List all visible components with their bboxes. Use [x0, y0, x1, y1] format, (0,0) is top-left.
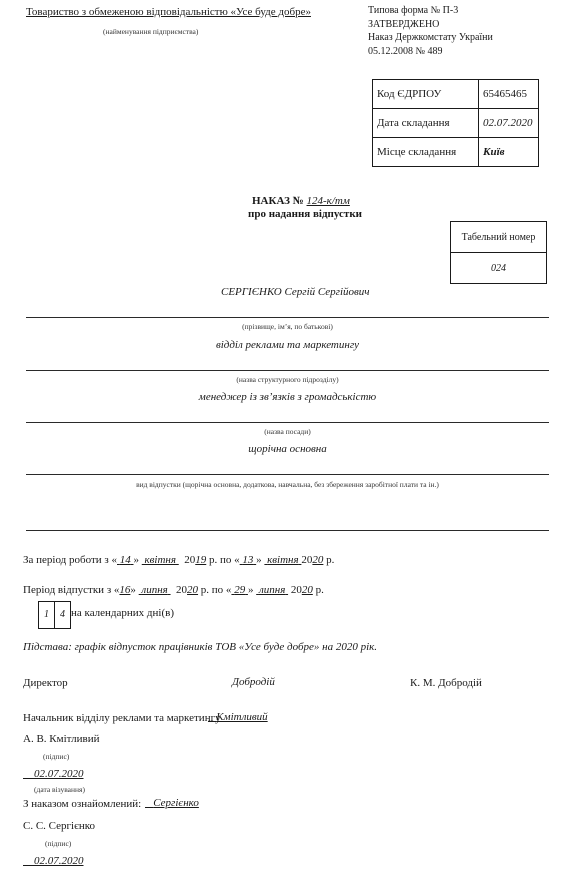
leave-from-month: липня	[139, 584, 171, 596]
table-row: Код ЄДРПОУ 65465465	[373, 80, 539, 109]
order-title-prefix: НАКАЗ №	[252, 195, 304, 207]
director-signature: Добродій	[232, 676, 275, 688]
divider	[26, 422, 549, 423]
order-number: 124-к/тм	[307, 195, 350, 207]
acknowledged-name: С. С. Сергієнко	[23, 820, 95, 832]
employee-name: СЕРГІЄНКО Сергій Сергійович	[221, 286, 370, 298]
position: менеджер із зв’язків з громадськістю	[26, 391, 549, 403]
work-to-label: р. по «	[209, 554, 240, 566]
leave-from-year-suffix: 20	[187, 584, 198, 596]
acknowledged-label: З наказом ознайомлений:	[23, 798, 141, 810]
edrpou-label: Код ЄДРПОУ	[373, 80, 479, 109]
work-from-day: 14	[117, 554, 134, 566]
date-value: 02.07.2020	[479, 109, 539, 138]
divider	[26, 530, 549, 531]
head-visa-date: 02.07.2020	[23, 768, 84, 780]
work-year-unit: р.	[326, 554, 334, 566]
leave-period: Період відпустки з «16» липня 2020 р. по…	[23, 584, 324, 596]
director-name: К. М. Добродій	[410, 677, 482, 689]
director-role: Директор	[23, 677, 68, 689]
days-label: на календарних дні(в)	[71, 607, 174, 619]
tabel-value: 024	[451, 253, 547, 284]
approval-date: 05.12.2008 № 489	[368, 45, 493, 59]
head-name: А. В. Кмітливий	[23, 733, 100, 745]
place-value: Київ	[479, 138, 539, 167]
leave-type: щорічна основна	[26, 443, 549, 455]
acknowledged-date: 02.07.2020	[23, 855, 84, 867]
work-from-year-prefix: 20	[184, 554, 195, 566]
company-caption: (найменування підприємства)	[103, 27, 198, 36]
head-sign-caption: (підпис)	[43, 752, 69, 761]
approval-order: Наказ Держкомстату України	[368, 31, 493, 45]
department: відділ реклами та маркетингу	[26, 339, 549, 351]
work-period: За період роботи з « 14 » квітня 2019 р.…	[23, 554, 334, 566]
head-role: Начальник відділу реклами та маркетингу	[23, 712, 221, 724]
work-to-day: 13	[240, 554, 257, 566]
work-to-year-suffix: 20	[312, 554, 323, 566]
head-date-caption: (дата візування)	[34, 785, 85, 794]
work-from-year-suffix: 19	[195, 554, 206, 566]
divider	[26, 474, 549, 475]
leave-to-label: р. по «	[201, 584, 232, 596]
divider	[26, 370, 549, 371]
leave-type-caption: вид відпустки (щорічна основна, додатков…	[26, 480, 549, 489]
work-to-year-prefix: 20	[301, 554, 312, 566]
basis: Підстава: графік відпусток працівників Т…	[23, 641, 377, 653]
form-type: Типова форма № П-3	[368, 4, 493, 18]
name-caption: (прізвище, ім’я, по батькові)	[26, 322, 549, 331]
place-label: Місце складання	[373, 138, 479, 167]
info-table: Код ЄДРПОУ 65465465 Дата складання 02.07…	[372, 79, 539, 167]
leave-year-unit: р.	[316, 584, 324, 596]
table-row: Місце складання Київ	[373, 138, 539, 167]
leave-to-month: липня	[256, 584, 288, 596]
date-label: Дата складання	[373, 109, 479, 138]
order-subtitle: про надання відпустки	[248, 208, 362, 220]
leave-to-year-prefix: 20	[291, 584, 302, 596]
head-signature: Кмітливий	[208, 711, 268, 723]
department-caption: (назва структурного підрозділу)	[26, 375, 549, 384]
order-title: НАКАЗ № 124-к/тм	[252, 195, 350, 207]
divider	[26, 317, 549, 318]
leave-from-day: 16	[119, 584, 130, 596]
tabel-number-table: Табельний номер 024	[450, 221, 547, 284]
table-row: Дата складання 02.07.2020	[373, 109, 539, 138]
days-digit-box: 4	[54, 601, 71, 629]
leave-period-prefix: Період відпустки з «	[23, 584, 119, 596]
leave-to-day: 29	[231, 584, 248, 596]
approved-label: ЗАТВЕРДЖЕНО	[368, 18, 493, 32]
leave-to-year-suffix: 20	[302, 584, 313, 596]
tabel-label: Табельний номер	[451, 222, 547, 253]
form-approval-block: Типова форма № П-3 ЗАТВЕРДЖЕНО Наказ Дер…	[368, 4, 493, 58]
work-from-month: квітня	[142, 554, 179, 566]
acknowledged-sign-caption: (підпис)	[45, 839, 71, 848]
work-to-month: квітня	[264, 554, 301, 566]
days-digit-box: 1	[38, 601, 55, 629]
company-name: Товариство з обмеженою відповідальністю …	[26, 6, 311, 18]
acknowledged-signature: Сергієнко	[145, 797, 199, 809]
edrpou-value: 65465465	[479, 80, 539, 109]
work-period-prefix: За період роботи з «	[23, 554, 117, 566]
position-caption: (назва посади)	[26, 427, 549, 436]
leave-from-year-prefix: 20	[176, 584, 187, 596]
